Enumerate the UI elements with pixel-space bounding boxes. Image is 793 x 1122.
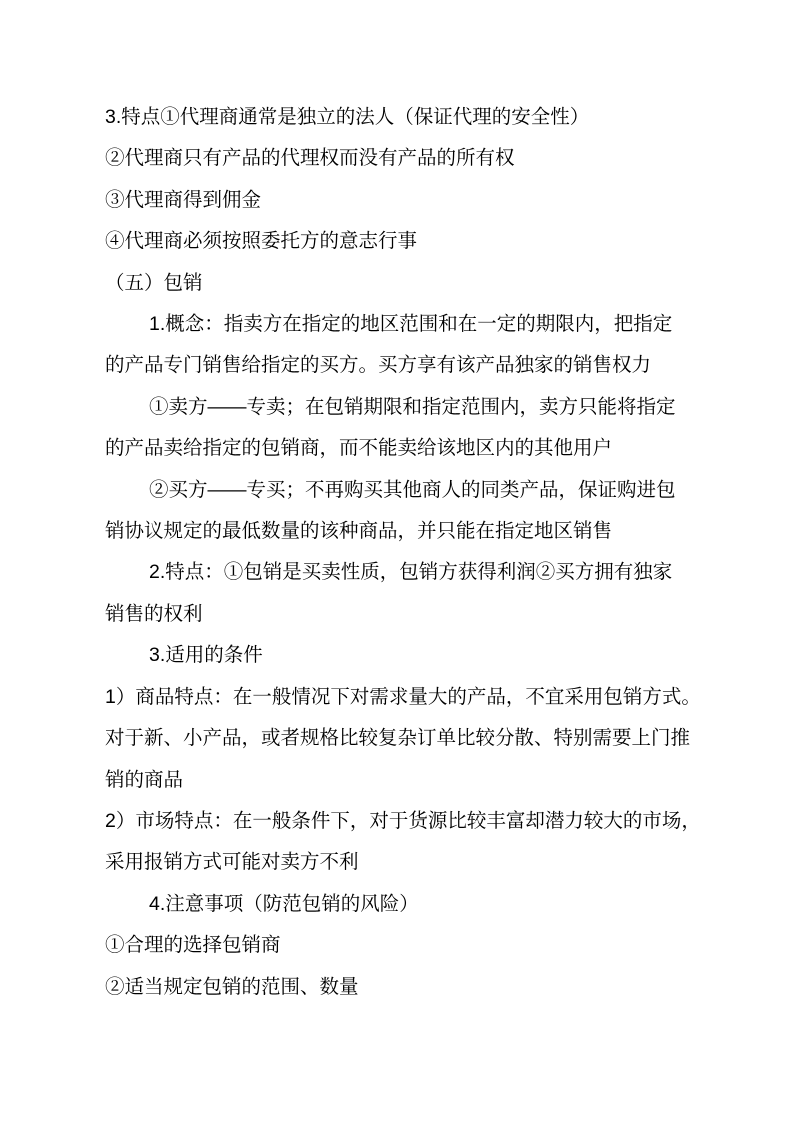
section-heading-baoxiao: （五）包销	[105, 263, 753, 304]
paragraph-buyer-exclusive: ②买方——专买；不再购买其他商人的同类产品，保证购进包 销协议规定的最低数量的该…	[105, 470, 753, 553]
paragraph-features: 2.特点：①包销是买卖性质，包销方获得利润②买方拥有独家 销售的权利	[105, 552, 753, 635]
paragraph-applicable-conditions: 3.适用的条件	[105, 635, 753, 676]
paragraph-market-traits: 2）市场特点：在一般条件下，对于货源比较丰富却潜力较大的市场， 采用报销方式可能…	[105, 801, 753, 884]
paragraph-precaution-2: ②适当规定包销的范围、数量	[105, 967, 753, 1008]
paragraph-agency-feature-3: ③代理商得到佣金	[105, 180, 753, 221]
document-page: 3.特点①代理商通常是独立的法人（保证代理的安全性） ②代理商只有产品的代理权而…	[0, 0, 793, 1122]
paragraph-precautions-heading: 4.注意事项（防范包销的风险）	[105, 884, 753, 925]
paragraph-seller-exclusive: ①卖方——专卖；在包销期限和指定范围内，卖方只能将指定 的产品卖给指定的包销商，…	[105, 387, 753, 470]
paragraph-agency-feature-4: ④代理商必须按照委托方的意志行事	[105, 221, 753, 262]
paragraph-product-traits: 1）商品特点：在一般情况下对需求量大的产品，不宜采用包销方式。 对于新、小产品，…	[105, 677, 753, 801]
paragraph-concept: 1.概念：指卖方在指定的地区范围和在一定的期限内，把指定 的产品专门销售给指定的…	[105, 304, 753, 387]
paragraph-agency-feature-1: 3.特点①代理商通常是独立的法人（保证代理的安全性）	[105, 97, 753, 138]
paragraph-agency-feature-2: ②代理商只有产品的代理权而没有产品的所有权	[105, 138, 753, 179]
paragraph-precaution-1: ①合理的选择包销商	[105, 925, 753, 966]
